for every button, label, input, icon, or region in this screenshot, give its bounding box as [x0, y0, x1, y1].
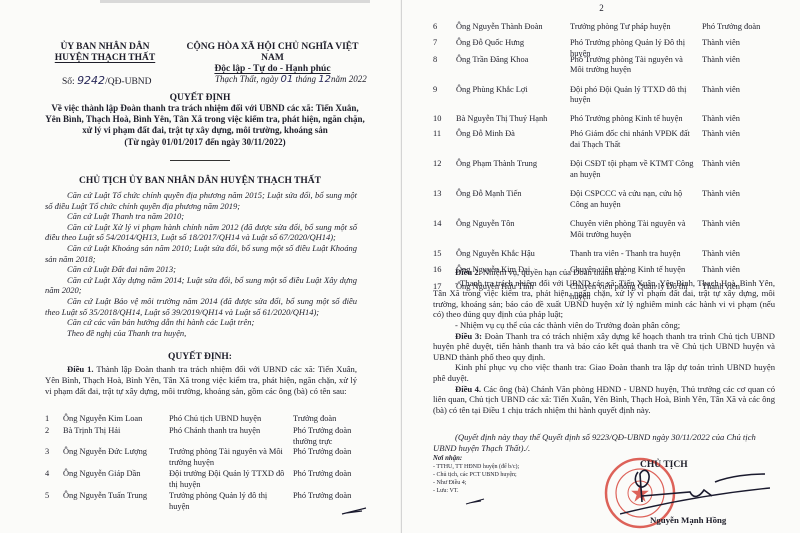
member-name: Ông Nguyễn Kim Loan	[63, 414, 163, 425]
article-2-label: Điều 2.	[455, 267, 481, 277]
member-no: 1	[45, 414, 59, 425]
member-no: 15	[433, 249, 447, 260]
member-role: Thành viên	[702, 85, 774, 96]
legal-bases: Căn cứ Luật Tổ chức chính quyền địa phươ…	[45, 190, 357, 338]
legal-basis-item: Theo đề nghị của Thanh tra huyện,	[45, 328, 357, 339]
initials-mark	[464, 496, 488, 506]
initials-mark	[340, 505, 370, 517]
issuer-line-1: ỦY BAN NHÂN DÂN	[45, 42, 165, 53]
article-1-label: Điều 1.	[67, 364, 94, 374]
article-1: Điều 1. Thành lập Đoàn thanh tra trách n…	[45, 364, 357, 396]
legal-basis-item: Căn cứ Luật Bảo vệ môi trường năm 2014 (…	[45, 296, 357, 317]
member-role: Thành viên	[702, 129, 774, 140]
article-4-label: Điều 4.	[455, 384, 481, 394]
legal-basis-item: Căn cứ Luật Xử lý vi phạm hành chính năm…	[45, 222, 357, 243]
member-role: Thành viên	[702, 38, 774, 49]
member-name: Ông Nguyễn Giáp Dần	[63, 469, 163, 480]
member-role: Thành viên	[702, 249, 774, 260]
decision-period: (Từ ngày 01/01/2017 đến ngày 30/11/2022)	[45, 137, 365, 148]
member-name: Ông Nguyễn Khắc Hậu	[456, 249, 556, 260]
legal-basis-item: Căn cứ Luật Đất đai năm 2013;	[45, 264, 357, 275]
member-position: Đội CSPCCC và cứu nạn, cứu hộ Công an hu…	[570, 189, 695, 210]
handwritten-month: 12	[318, 74, 331, 85]
article-2-item-1: - Thanh tra trách nhiệm đối với UBND các…	[433, 278, 775, 320]
member-role: Thành viên	[702, 114, 774, 125]
member-position: Phó Chủ tịch UBND huyện	[169, 414, 289, 425]
recipient-item: - TTHU, TT HĐND huyện (để b/c);	[433, 463, 519, 471]
member-position: Trưởng phòng Tài nguyên và Môi trường hu…	[169, 447, 289, 468]
member-role: Phó Trưởng đoàn	[293, 447, 365, 458]
decides-heading: QUYẾT ĐỊNH:	[0, 352, 400, 362]
member-position: Đội CSĐT tội phạm về KTMT Công an huyện	[570, 159, 695, 180]
member-position: Đội phó Đội Quản lý TTXD đô thị huyện	[570, 85, 695, 106]
member-role: Phó Trưởng đoàn	[293, 469, 365, 480]
member-name: Ông Đỗ Minh Đà	[456, 129, 556, 140]
member-name: Ông Phùng Khắc Lợi	[456, 85, 556, 96]
member-position: Phó Trưởng phòng Kinh tế huyện	[570, 114, 695, 125]
member-no: 2	[45, 426, 59, 437]
member-role: Thành viên	[702, 189, 774, 200]
member-no: 3	[45, 447, 59, 458]
member-position: Trưởng phòng Quản lý đô thị huyện	[169, 491, 289, 512]
replacement-note: (Quyết định này thay thế Quyết định số 9…	[433, 432, 775, 453]
member-name: Bà Trịnh Thị Hải	[63, 426, 163, 437]
handwritten-number: 9242	[77, 74, 105, 87]
member-no: 5	[45, 491, 59, 502]
articles-2-4: Điều 2. Nhiệm vụ, quyền hạn của Đoàn tha…	[433, 267, 775, 415]
member-no: 12	[433, 159, 447, 170]
member-name: Ông Đỗ Mạnh Tiến	[456, 189, 556, 200]
member-name: Ông Đỗ Quốc Hưng	[456, 38, 556, 49]
member-position: Thanh tra viên - Thanh tra huyện	[570, 249, 695, 260]
legal-basis-item: Căn cứ các văn bản hướng dẫn thi hành cá…	[45, 317, 357, 328]
member-position: Phó Trưởng phòng Tài nguyên và Môi trườn…	[570, 55, 695, 76]
document-page-2: 2 6Ông Nguyễn Thành ĐoànTrưởng phòng Tư …	[401, 0, 800, 533]
member-no: 7	[433, 38, 447, 49]
member-name: Ông Nguyễn Tôn	[456, 219, 556, 230]
issuer-header: ỦY BAN NHÂN DÂN HUYỆN THẠCH THẤT	[45, 42, 165, 64]
member-name: Ông Phạm Thành Trung	[456, 159, 556, 170]
member-no: 9	[433, 85, 447, 96]
signer-title: CHỦ TỊCH	[640, 460, 688, 470]
member-role: Thành viên	[702, 219, 774, 230]
page-number: 2	[402, 3, 800, 13]
article-2-item-2: - Nhiệm vụ cụ thể của các thành viên do …	[433, 320, 775, 331]
member-position: Phó Chánh thanh tra huyện	[169, 426, 289, 437]
member-position: Đội trưởng Đội Quản lý TTXD đô thị huyện	[169, 469, 289, 490]
member-no: 10	[433, 114, 447, 125]
article-3-label: Điều 3:	[455, 331, 482, 341]
recipients-title: Nơi nhận:	[433, 455, 519, 463]
member-name: Ông Nguyễn Thành Đoàn	[456, 22, 556, 33]
member-name: Ông Trần Đăng Khoa	[456, 55, 556, 66]
title-divider	[170, 160, 230, 161]
member-no: 4	[45, 469, 59, 480]
member-name: Ông Nguyễn Đức Lượng	[63, 447, 163, 458]
member-role: Phó Trưởng đoàn	[293, 491, 365, 502]
member-name: Bà Nguyễn Thị Thuý Hạnh	[456, 114, 556, 125]
member-no: 13	[433, 189, 447, 200]
nation-line-1: CỘNG HÒA XÃ HỘI CHỦ NGHĨA VIỆT NAM	[175, 42, 370, 64]
issuer-line-2: HUYỆN THẠCH THẤT	[45, 53, 165, 64]
recipient-item: - Lưu: VT.	[433, 487, 519, 495]
document-page-1: ỦY BAN NHÂN DÂN HUYỆN THẠCH THẤT CỘNG HÒ…	[0, 0, 400, 533]
signature-icon	[620, 462, 770, 522]
recipients-block: Nơi nhận: - TTHU, TT HĐND huyện (để b/c)…	[433, 455, 519, 495]
authority-heading: CHỦ TỊCH ỦY BAN NHÂN DÂN HUYỆN THẠCH THẤ…	[0, 176, 400, 186]
recipient-item: - Như Điều 4;	[433, 479, 519, 487]
handwritten-day: 01	[281, 74, 294, 85]
recipient-item: - Chủ tịch, các PCT UBND huyện;	[433, 471, 519, 479]
legal-basis-item: Căn cứ Luật Khoáng sản năm 2010; Luật sử…	[45, 243, 357, 264]
member-position: Chuyên viên phòng Tài nguyên và Môi trườ…	[570, 219, 695, 240]
member-role: Thành viên	[702, 159, 774, 170]
decision-subject: Về việc thành lập Đoàn thanh tra trách n…	[45, 103, 365, 148]
member-position: Trưởng phòng Tư pháp huyện	[570, 22, 695, 33]
document-date: Thạch Thất, ngày 01 tháng 12năm 2022	[215, 74, 367, 85]
member-name: Ông Nguyễn Tuấn Trung	[63, 491, 163, 502]
member-no: 14	[433, 219, 447, 230]
member-position: Phó Giám đốc chi nhánh VPĐK đất đai Thạc…	[570, 129, 695, 150]
legal-basis-item: Căn cứ Luật Thanh tra năm 2010;	[45, 211, 357, 222]
member-role: Phó Trưởng đoàn thường trực	[293, 426, 365, 447]
member-role: Thành viên	[702, 55, 774, 66]
member-no: 6	[433, 22, 447, 33]
legal-basis-item: Căn cứ Luật Xây dựng năm 2014; Luật sửa …	[45, 275, 357, 296]
scan-edge	[100, 0, 370, 3]
national-header: CỘNG HÒA XÃ HỘI CHỦ NGHĨA VIỆT NAM Độc l…	[175, 42, 370, 75]
member-role: Trưởng đoàn	[293, 414, 365, 425]
legal-basis-item: Căn cứ Luật Tổ chức chính quyền địa phươ…	[45, 190, 357, 211]
decision-title: QUYẾT ĐỊNH	[0, 93, 400, 103]
member-no: 11	[433, 129, 447, 140]
member-role: Phó Trưởng đoàn	[702, 22, 774, 33]
funding-text: Kinh phí phục vụ cho việc thanh tra: Gia…	[433, 362, 775, 383]
signer-name: Nguyễn Mạnh Hồng	[650, 515, 726, 525]
document-number: Số: 9242/QĐ-UBND	[62, 74, 152, 87]
member-no: 8	[433, 55, 447, 66]
